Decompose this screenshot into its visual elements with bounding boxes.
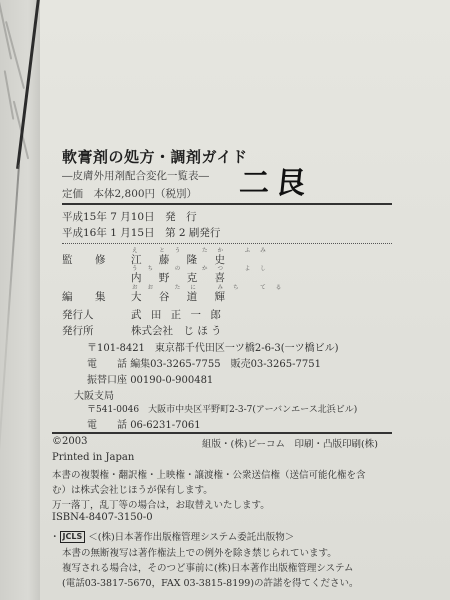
tokyo-address: 〒101-8421 東京都千代田区一ツ橋2-6-3(一ツ橋ビル): [87, 339, 339, 354]
tokyo-phone-label: 電 話: [87, 359, 127, 370]
edition-second: 平成16年 1 月15日 第 2 刷発行: [62, 225, 220, 240]
jcls-line-3: (電話03-3817-5670，FAX 03-3815-8199)の許諾を得てく…: [62, 575, 359, 589]
jcls-badge: JCLS: [60, 531, 86, 543]
publisher-name: 株式会社 じ ほ う: [131, 325, 222, 337]
copyright: ©2003: [52, 436, 87, 447]
publisher-person-name: 武 田 正 一 郎: [131, 307, 224, 322]
jcls-heading: ＜(株)日本著作出版権管理システム委託出版物＞: [88, 532, 294, 543]
jcls-heading-line: ・JCLS＜(株)日本著作出版権管理システム委託出版物＞: [50, 529, 294, 543]
rule-bottom: [52, 432, 392, 434]
osaka-heading: 大阪支局: [74, 387, 114, 402]
osaka-phone-label: 電 話: [87, 420, 127, 431]
publisher-person-label: 発行人: [62, 307, 117, 322]
book-subtitle: ―皮膚外用剤配合変化一覧表―: [62, 168, 209, 183]
bullet: ・: [50, 532, 60, 543]
isbn: ISBN4-8407-3150-0: [52, 512, 153, 523]
publisher-label: 発行所: [62, 323, 117, 338]
edition-first: 平成15年 7 月10日 発 行: [62, 209, 197, 224]
tokyo-transfer: 振替口座 00190-0-900481: [87, 371, 213, 386]
facing-page: [0, 0, 40, 600]
transfer-account: 00190-0-900481: [130, 375, 213, 386]
rights-line-2: む）は株式会社じほうが保有します。: [52, 482, 213, 496]
osaka-address: 〒541-0046 大阪市中央区平野町2-3-7(アーバンエース北浜ビル): [87, 402, 357, 415]
colophon-page: 軟膏剤の処方・調剤ガイド ―皮膚外用剤配合変化一覧表― 定価 本体2,800円（…: [40, 0, 450, 600]
rule-top: [62, 203, 392, 205]
printed-in-japan: Printed in Japan: [52, 452, 134, 463]
editor-label: 編 集: [62, 289, 117, 304]
book-price: 定価 本体2,800円（税別）: [62, 186, 197, 201]
jcls-line-1: 本書の無断複写は著作権法上での例外を除き禁じられています。: [62, 545, 337, 559]
osaka-phone: 電 話 06-6231-7061: [87, 416, 201, 431]
printers: 組版・(株)ビーコム 印刷・凸版印刷(株): [202, 436, 378, 450]
handwritten-note: 二艮: [238, 158, 315, 202]
credit-publisher-person: 発行人武 田 正 一 郎: [62, 307, 224, 322]
transfer-label: 振替口座: [87, 375, 127, 386]
book-title: 軟膏剤の処方・調剤ガイド: [62, 146, 248, 167]
credit-publisher: 発行所株式会社 じ ほ う: [62, 323, 222, 338]
misprint-notice: 万一落丁，乱丁等の場合は，お取替えいたします。: [52, 497, 270, 511]
tokyo-phone: 電 話 編集03-3265-7755 販売03-3265-7751: [87, 355, 321, 370]
rights-line-1: 本書の複製権・翻訳権・上映権・譲渡権・公衆送信権（送信可能化権を含: [52, 467, 366, 481]
osaka-phone-number: 06-6231-7061: [130, 420, 200, 431]
supervisors-label: 監 修: [62, 252, 117, 267]
credit-editor: 編 集大 谷 道 輝: [62, 289, 232, 304]
editor-name: 大 谷 道 輝: [131, 289, 232, 304]
jcls-line-2: 複写される場合は，そのつど事前に(株)日本著作出版権管理システム: [62, 560, 353, 574]
tokyo-phone-numbers: 編集03-3265-7755 販売03-3265-7751: [130, 359, 321, 370]
rule-dotted: [62, 243, 392, 244]
